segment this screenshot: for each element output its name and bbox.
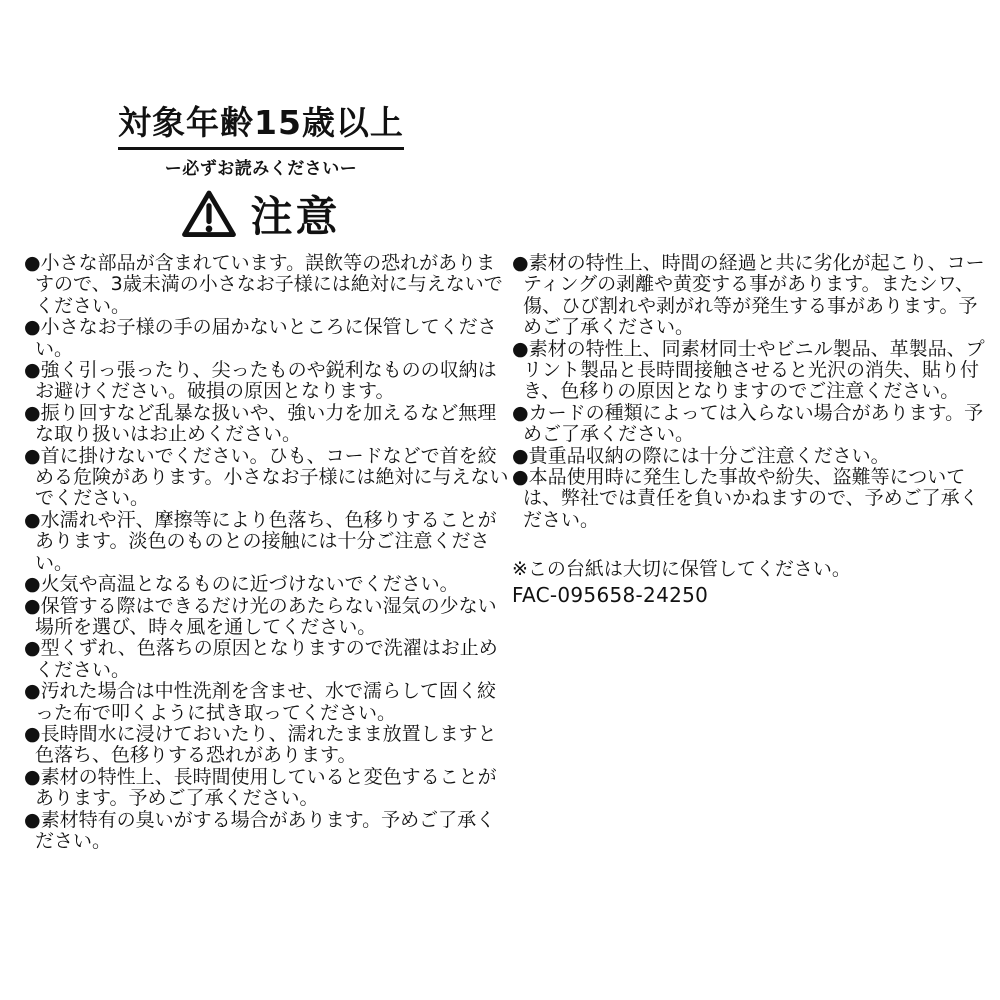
bullet-icon: ● <box>24 809 41 831</box>
caution-heading: 注意 <box>118 184 404 244</box>
warning-item: ●火気や高温となるものに近づけないでください。 <box>24 574 512 595</box>
warning-text: 素材の特性上、同素材同士やビニル製品、革製品、プリント製品と長時間接触させると光… <box>523 338 985 403</box>
warning-text: 貴重品収納の際には十分ご注意ください。 <box>529 445 890 467</box>
bullet-icon: ● <box>24 637 41 659</box>
warnings-column-right: ●素材の特性上、時間の経過と共に劣化が起こり、コーティングの剥離や黄変する事があ… <box>512 253 992 607</box>
bullet-icon: ● <box>512 445 529 467</box>
warnings-column-left: ●小さな部品が含まれています。誤飲等の恐れがありますので、3歳未満の小さなお子様… <box>24 253 512 852</box>
warning-text: 型くずれ、色落ちの原因となりますので洗濯はお止めください。 <box>35 637 498 680</box>
warning-item: ●型くずれ、色落ちの原因となりますので洗濯はお止めください。 <box>24 638 512 681</box>
bullet-icon: ● <box>24 316 41 338</box>
warning-text: 首に掛けないでください。ひも、コードなどで首を絞める危険があります。小さなお子様… <box>35 445 508 510</box>
warning-item: ●長時間水に浸けておいたり、濡れたまま放置しますと色落ち、色移りする恐れがありま… <box>24 724 512 767</box>
warning-text: 小さな部品が含まれています。誤飲等の恐れがありますので、3歳未満の小さなお子様に… <box>35 252 503 317</box>
warning-item: ●素材の特性上、同素材同士やビニル製品、革製品、プリント製品と長時間接触させると… <box>512 339 992 403</box>
bullet-icon: ● <box>24 595 41 617</box>
warning-item: ●強く引っ張ったり、尖ったものや鋭利なものの収納はお避けください。破損の原因とな… <box>24 360 512 403</box>
warning-item: ●素材の特性上、長時間使用していると変色することがあります。予めご了承ください。 <box>24 767 512 810</box>
page-subtitle: ー必ずお読みくださいー <box>118 154 404 179</box>
bullet-icon: ● <box>24 445 41 467</box>
bullet-icon: ● <box>24 252 41 274</box>
header: 対象年齢15歳以上 ー必ずお読みくださいー 注意 <box>118 97 404 244</box>
warning-text: 火気や高温となるものに近づけないでください。 <box>41 573 459 595</box>
bullet-icon: ● <box>24 402 41 424</box>
caution-label: 注意 <box>250 184 340 244</box>
warning-text: 強く引っ張ったり、尖ったものや鋭利なものの収納はお避けください。破損の原因となり… <box>35 359 497 402</box>
warning-text: 長時間水に浸けておいたり、濡れたまま放置しますと色落ち、色移りする恐れがあります… <box>35 723 497 766</box>
bullet-icon: ● <box>24 573 41 595</box>
page-title: 対象年齢15歳以上 <box>118 97 404 150</box>
warning-triangle-icon <box>181 189 237 239</box>
warning-text: 水濡れや汗、摩擦等により色落ち、色移りすることがあります。淡色のものとの接触には… <box>35 509 497 574</box>
bullet-icon: ● <box>24 509 41 531</box>
warning-item: ●素材特有の臭いがする場合があります。予めご了承ください。 <box>24 810 512 853</box>
warning-text: 小さなお子様の手の届かないところに保管してください。 <box>35 316 497 359</box>
product-code: FAC-095658-24250 <box>512 583 992 607</box>
warning-text: 保管する際はできるだけ光のあたらない湿気の少ない場所を選び、時々風を通してくださ… <box>35 595 497 638</box>
warning-item: ●振り回すなど乱暴な扱いや、強い力を加えるなど無理な取り扱いはお止めください。 <box>24 403 512 446</box>
keep-card-note: ※この台紙は大切に保管してください。 <box>512 558 992 580</box>
warning-item: ●小さなお子様の手の届かないところに保管してください。 <box>24 317 512 360</box>
warning-item: ●カードの種類によっては入らない場合があります。予めご了承ください。 <box>512 403 992 446</box>
warning-text: カードの種類によっては入らない場合があります。予めご了承ください。 <box>523 402 983 445</box>
bullet-icon: ● <box>24 766 41 788</box>
warning-text: 本品使用時に発生した事故や紛失、盗難等については、弊社では責任を負いかねますので… <box>523 466 979 531</box>
warning-text: 振り回すなど乱暴な扱いや、強い力を加えるなど無理な取り扱いはお止めください。 <box>35 402 496 445</box>
bullet-icon: ● <box>512 402 529 424</box>
warning-text: 素材の特性上、時間の経過と共に劣化が起こり、コーティングの剥離や黄変する事があり… <box>523 252 985 338</box>
warning-text: 素材特有の臭いがする場合があります。予めご了承ください。 <box>35 809 495 852</box>
warning-item: ●水濡れや汗、摩擦等により色落ち、色移りすることがあります。淡色のものとの接触に… <box>24 510 512 574</box>
warning-item: ●保管する際はできるだけ光のあたらない湿気の少ない場所を選び、時々風を通してくだ… <box>24 596 512 639</box>
bullet-icon: ● <box>512 338 529 360</box>
bullet-icon: ● <box>512 252 529 274</box>
caution-card: 対象年齢15歳以上 ー必ずお読みくださいー 注意 ●小さな部品が含まれています。… <box>0 0 1000 1000</box>
warning-text: 汚れた場合は中性洗剤を含ませ、水で濡らして固く絞った布で叩くように拭き取ってくだ… <box>35 680 496 723</box>
bullet-icon: ● <box>512 466 529 488</box>
warning-item: ●汚れた場合は中性洗剤を含ませ、水で濡らして固く絞った布で叩くように拭き取ってく… <box>24 681 512 724</box>
bullet-icon: ● <box>24 723 41 745</box>
warning-item: ●素材の特性上、時間の経過と共に劣化が起こり、コーティングの剥離や黄変する事があ… <box>512 253 992 339</box>
bullet-icon: ● <box>24 680 41 702</box>
bullet-icon: ● <box>24 359 41 381</box>
warning-item: ●首に掛けないでください。ひも、コードなどで首を絞める危険があります。小さなお子… <box>24 446 512 510</box>
warning-item: ●小さな部品が含まれています。誤飲等の恐れがありますので、3歳未満の小さなお子様… <box>24 253 512 317</box>
warning-text: 素材の特性上、長時間使用していると変色することがあります。予めご了承ください。 <box>35 766 497 809</box>
warning-item: ●本品使用時に発生した事故や紛失、盗難等については、弊社では責任を負いかねますの… <box>512 467 992 531</box>
warning-item: ●貴重品収納の際には十分ご注意ください。 <box>512 446 992 467</box>
